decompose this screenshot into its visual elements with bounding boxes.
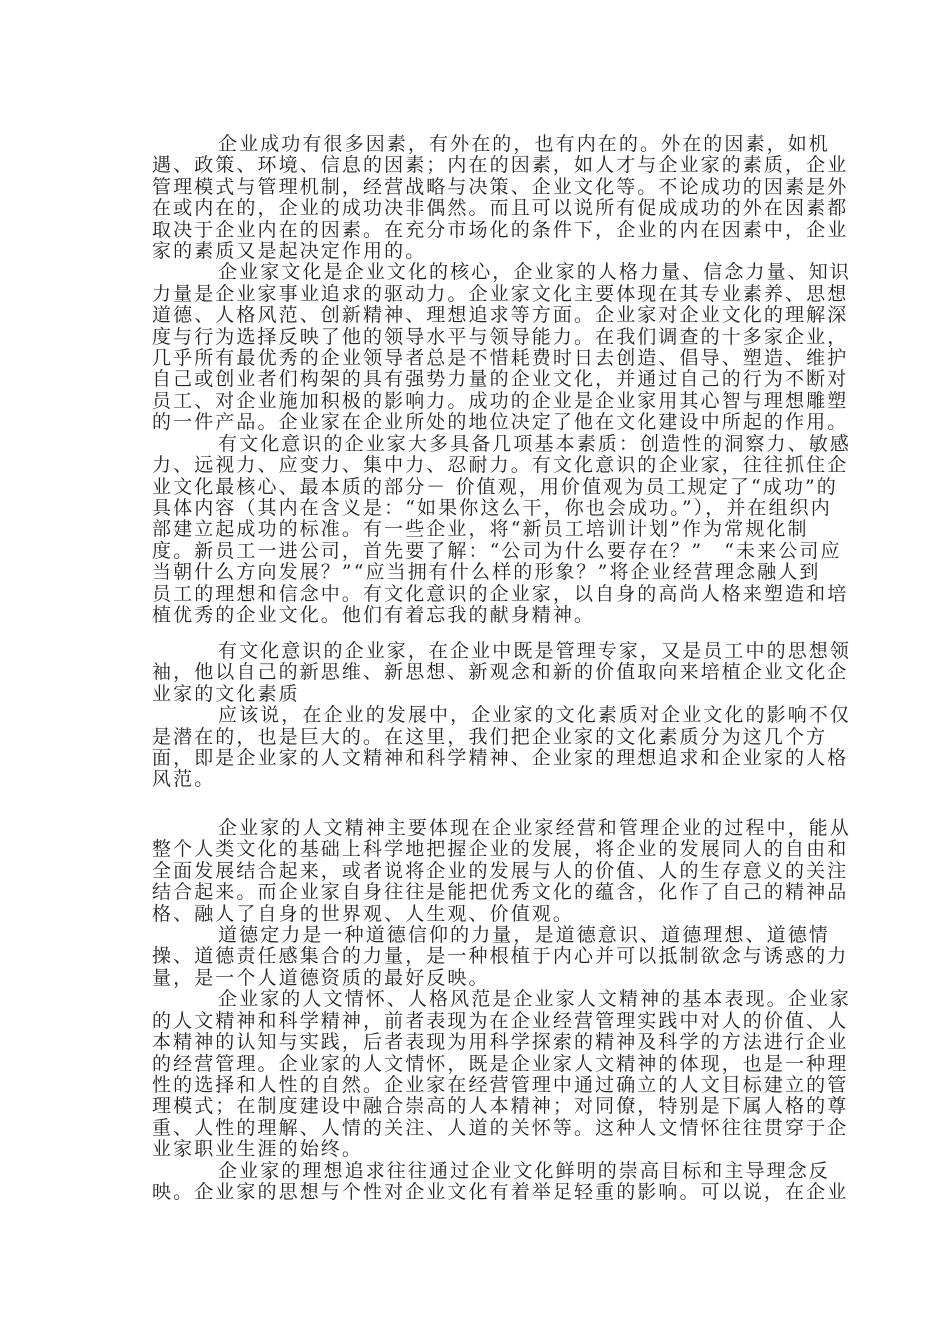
paragraph-6-line-4: 结合起来。而企业家自身往往是能把优秀文化的蕴含，化作了自己的精神品 <box>152 882 782 903</box>
paragraph-3-line-5: 部建立起成功的标准。有一些企业，将“新员工培训计划”作为常规化制 <box>152 519 782 540</box>
document-page: 企业成功有很多因素，有外在的，也有内在的。外在的因素，如机 遇、政策、环境、信息… <box>0 0 950 1344</box>
paragraph-4-line-1: 有文化意识的企业家，在企业中既是管理专家，又是员工中的思想领 <box>218 641 848 662</box>
paragraph-8-line-6: 理模式；在制度建设中融合崇高的人本精神；对同僚，特别是下属人格的尊 <box>152 1096 782 1117</box>
paragraph-8-line-8: 业家职业生涯的始终。 <box>152 1139 782 1160</box>
paragraph-1-line-6: 家的素质又是起决定作用的。 <box>152 241 782 262</box>
paragraph-3-line-2: 力、远视力、应变力、集中力、忍耐力。有文化意识的企业家，往往抓住企 <box>152 455 782 476</box>
paragraph-5-line-2: 是潜在的，也是巨大的。在这里，我们把企业家的文化素质分为这几个方 <box>152 727 782 748</box>
paragraph-3-line-6: 度。新员工一进公司，首先要了解：“公司为什么要存在？” “未来公司应 <box>152 541 782 562</box>
paragraph-2-line-7: 员工、对企业施加积极的影响力。成功的企业是企业家用其心智与理想雕塑 <box>152 391 782 412</box>
paragraph-2-line-8: 的一件产品。企业家在企业所处的地位决定了他在文化建设中所起的作用。 <box>152 412 782 433</box>
paragraph-4-line-2: 袖，他以自己的新思维、新思想、新观念和新的价值取向来培植企业文化企 <box>152 662 782 683</box>
paragraph-4-line-3: 业家的文化素质 <box>152 684 782 705</box>
paragraph-6-line-3: 全面发展结合起来，或者说将企业的发展与人的价值、人的生存意义的关注 <box>152 861 782 882</box>
paragraph-1-line-2: 遇、政策、环境、信息的因素；内在的因素，如人才与企业家的素质，企业 <box>152 155 782 176</box>
paragraph-3-line-1: 有文化意识的企业家大多具备几项基本素质：创造性的洞察力、敏感 <box>218 434 848 455</box>
paragraph-9-line-2: 映。企业家的思想与个性对企业文化有着举足轻重的影响。可以说，在企业 <box>152 1182 782 1203</box>
paragraph-5-line-3: 面，即是企业家的人文精神和科学精神、企业家的理想追求和企业家的人格 <box>152 748 782 769</box>
paragraph-8-line-5: 性的选择和人性的自然。企业家在经营管理中通过确立的人文目标建立的管 <box>152 1075 782 1096</box>
paragraph-6-line-5: 格、融人了自身的世界观、人生观、价值观。 <box>152 904 782 925</box>
paragraph-2-line-4: 度与行为选择反映了他的领导水平与领导能力。在我们调查的十多家企业， <box>152 327 782 348</box>
paragraph-8-line-4: 的经营管理。企业家的人文情怀，既是企业家人文精神的体现，也是一种理 <box>152 1054 782 1075</box>
paragraph-9-line-1: 企业家的理想追求往往通过企业文化鲜明的崇高目标和主导理念反 <box>218 1161 848 1182</box>
paragraph-3-line-3: 业文化最核心、最本质的部分－ 价值观，用价值观为员工规定了“成功”的 <box>152 477 782 498</box>
paragraph-5-line-4: 风范。 <box>152 769 782 790</box>
paragraph-7-line-3: 量，是一个人道德资质的最好反映。 <box>152 968 782 989</box>
paragraph-8-line-7: 重、人性的理解、人情的关注、人道的关怀等。这种人文情怀往往贯穿于企 <box>152 1118 782 1139</box>
paragraph-1-line-1: 企业成功有很多因素，有外在的，也有内在的。外在的因素，如机 <box>218 134 848 155</box>
paragraph-1-line-3: 管理模式与管理机制，经营战略与决策、企业文化等。不论成功的因素是外 <box>152 177 782 198</box>
paragraph-3-line-8: 员工的理想和信念中。有文化意识的企业家，以自身的高尚人格来塑造和培 <box>152 584 782 605</box>
paragraph-7-line-1: 道德定力是一种道德信仰的力量，是道德意识、道德理想、道德情 <box>218 925 848 946</box>
paragraph-6-line-2: 整个人类文化的基础上科学地把握企业的发展，将企业的发展同人的自由和 <box>152 839 782 860</box>
paragraph-5-line-1: 应该说，在企业的发展中，企业家的文化素质对企业文化的影响不仅 <box>218 705 848 726</box>
paragraph-3-line-7: 当朝什么方向发展？”“应当拥有什么样的形象？”将企业经营理念融人到 <box>152 562 782 583</box>
paragraph-2-line-5: 几乎所有最优秀的企业领导者总是不惜耗费时日去创造、倡导、塑造、维护 <box>152 348 782 369</box>
paragraph-8-line-2: 的人文精神和科学精神，前者表现为在企业经营管理实践中对人的价值、人 <box>152 1011 782 1032</box>
paragraph-2-line-3: 道德、人格风范、创新精神、理想追求等方面。企业家对企业文化的理解深 <box>152 305 782 326</box>
paragraph-2-line-6: 自己或创业者们构架的具有强势力量的企业文化，并通过自己的行为不断对 <box>152 369 782 390</box>
paragraph-8-line-1: 企业家的人文情怀、人格风范是企业家人文精神的基本表现。企业家 <box>218 989 848 1010</box>
paragraph-2-line-2: 力量是企业家事业追求的驱动力。企业家文化主要体现在其专业素养、思想 <box>152 284 782 305</box>
paragraph-7-line-2: 操、道德责任感集合的力量，是一种根植于内心并可以抵制欲念与诱惑的力 <box>152 946 782 967</box>
paragraph-3-line-9: 植优秀的企业文化。他们有着忘我的献身精神。 <box>152 605 782 626</box>
paragraph-8-line-3: 本精神的认知与实践，后者表现为用科学探索的精神及科学的方法进行企业 <box>152 1032 782 1053</box>
paragraph-3-line-4: 具体内容（其内在含义是：“如果你这么干，你也会成功。”），并在组织内 <box>152 498 782 519</box>
paragraph-2-line-1: 企业家文化是企业文化的核心，企业家的人格力量、信念力量、知识 <box>218 262 848 283</box>
paragraph-1-line-4: 在或内在的，企业的成功决非偶然。而且可以说所有促成成功的外在因素都 <box>152 198 782 219</box>
paragraph-6-line-1: 企业家的人文精神主要体现在企业家经营和管理企业的过程中，能从 <box>218 818 848 839</box>
paragraph-1-line-5: 取决于企业内在的因素。在充分市场化的条件下，企业的内在因素中，企业 <box>152 220 782 241</box>
